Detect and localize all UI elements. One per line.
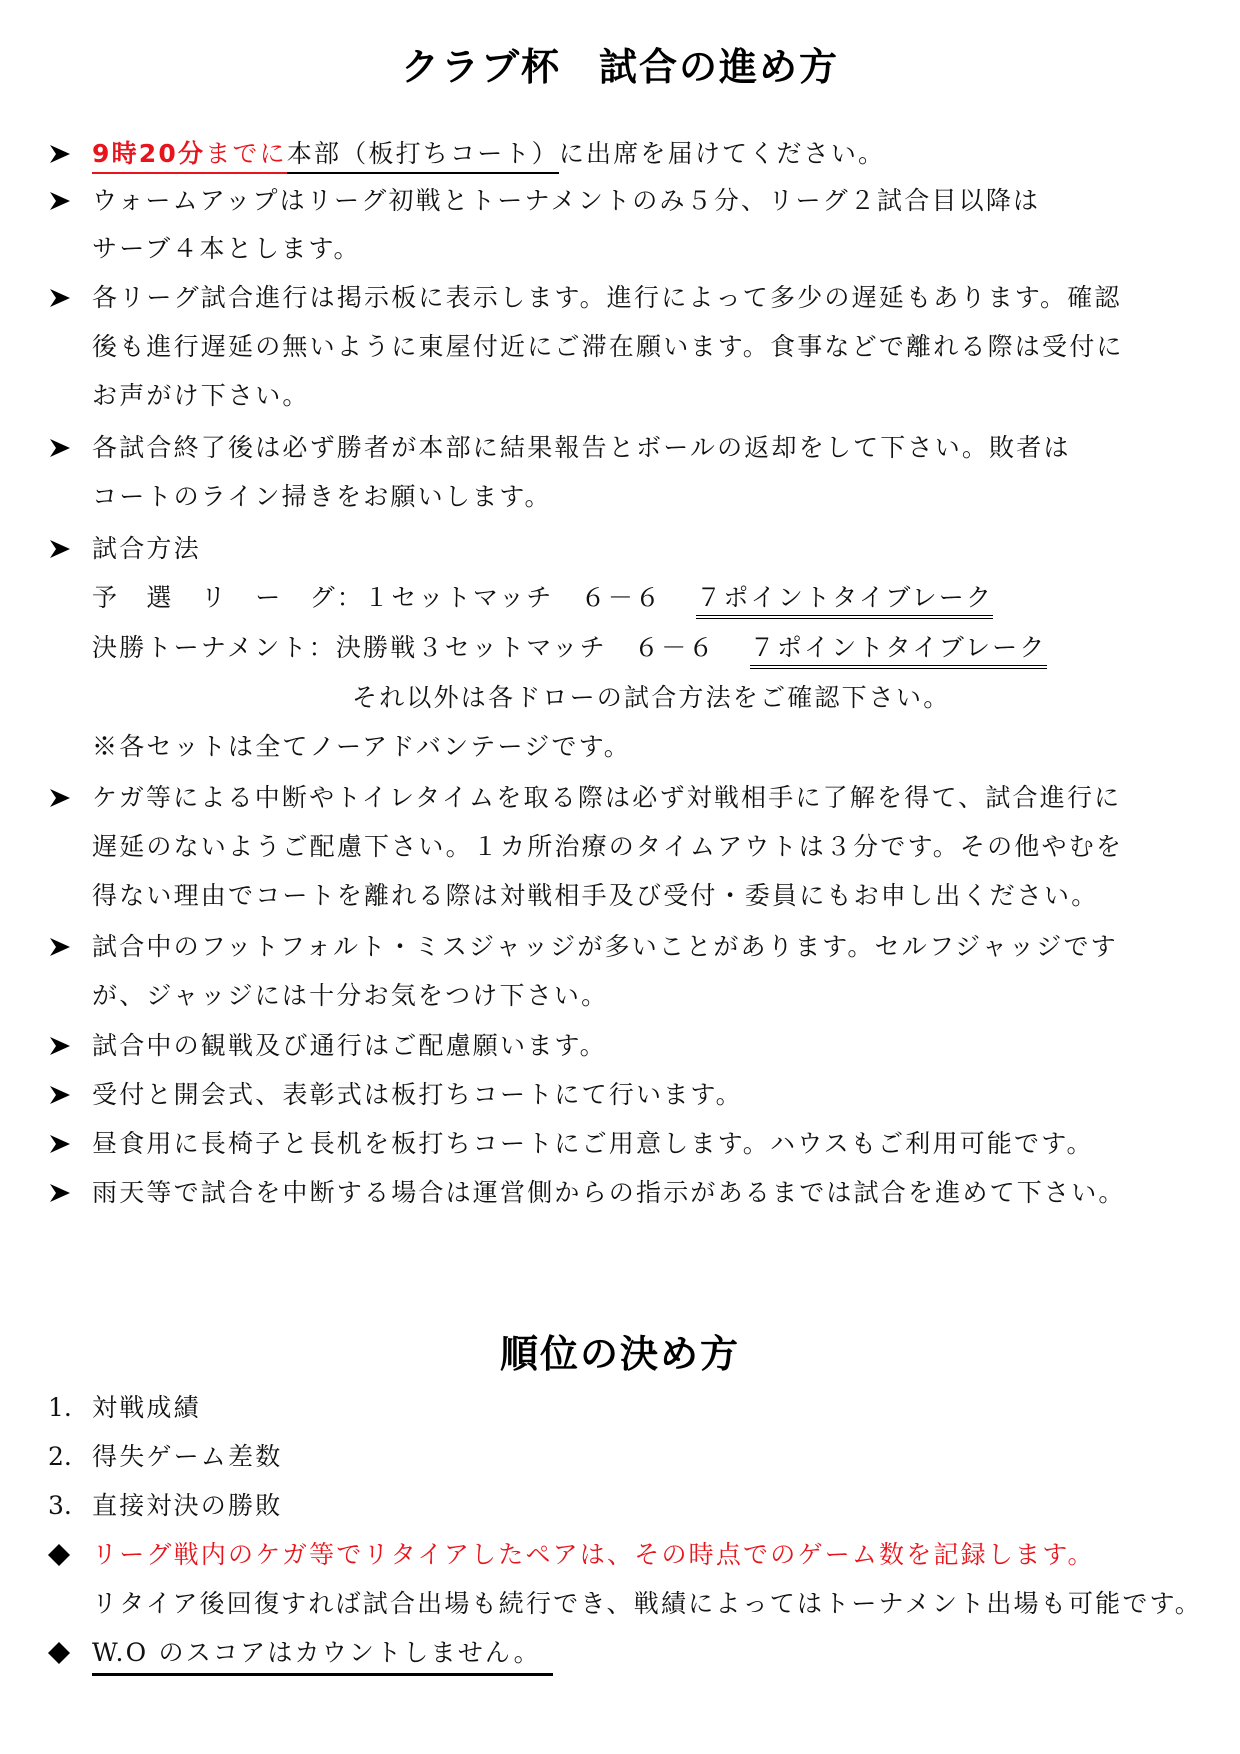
walkover-note-line: W.O のスコアはカウントしません。 (92, 1640, 553, 1665)
bullet-2-line-1: ウォームアップはリーグ初戦とトーナメントのみ５分、リーグ２試合目以降は (92, 188, 1040, 213)
arrowhead-bullet-icon (50, 938, 70, 956)
walkover-note-text: W.O のスコアはカウントしません。 (92, 1638, 553, 1676)
bullet-11-line: 雨天等で試合を中断する場合は運営側からの指示があるまでは試合を進めて下さい。 (92, 1180, 1126, 1205)
bullet-3-line-3: お声がけ下さい。 (92, 383, 310, 408)
tournament-label: 決勝トーナメント： (92, 633, 336, 662)
bullet-10-line: 昼食用に長椅子と長机を板打ちコートにご用意します。ハウスもご利用可能です。 (92, 1131, 1094, 1156)
page-title: クラブ杯試合の進め方 (0, 48, 1240, 86)
bullet-6-line-2: 遅延のないようご配慮下さい。１カ所治療のタイムアウトは３分です。その他やむを (92, 834, 1123, 859)
retire-note-line-1: リーグ戦内のケガ等でリタイアしたペアは、その時点でのゲーム数を記録します。 (92, 1542, 1095, 1567)
diamond-bullet-icon (48, 1642, 70, 1664)
tournament-format-line: 決勝トーナメント：決勝戦３セットマッチ ６－６７ポイントタイブレーク (92, 635, 1047, 660)
deadline-suffix: までに (205, 139, 287, 174)
ranking-item-3: 直接対決の勝敗 (92, 1493, 282, 1518)
bullet-6-line-3: 得ない理由でコートを離れる際は対戦相手及び受付・委員にもお申し出ください。 (92, 883, 1098, 908)
ranking-item-3-number: 3. (48, 1493, 72, 1518)
title-part-1: クラブ杯 (401, 45, 561, 89)
arrowhead-bullet-icon (50, 439, 70, 457)
arrowhead-bullet-icon (50, 145, 70, 163)
bullet-1-text: に出席を届けてください。 (559, 139, 885, 168)
bullet-7-line-1: 試合中のフットフォルト・ミスジャッジが多いことがあります。セルフジャッジです (92, 934, 1118, 959)
tournament-format: 決勝戦３セットマッチ ６－６ (336, 633, 716, 662)
league-tiebreak: ７ポイントタイブレーク (696, 583, 993, 619)
bullet-7-line-2: が、ジャッジには十分お気をつけ下さい。 (92, 983, 608, 1008)
arrowhead-bullet-icon (50, 1184, 70, 1202)
retire-note-line-2: リタイア後回復すれば試合出場も続行でき、戦績によってはトーナメント出場も可能です… (92, 1591, 1202, 1616)
bullet-3-line-2: 後も進行遅延の無いように東屋付近にご滞在願います。食事などで離れる際は受付に (92, 334, 1124, 359)
arrowhead-bullet-icon (50, 1086, 70, 1104)
ranking-item-2: 得失ゲーム差数 (92, 1444, 282, 1469)
ranking-item-2-number: 2. (48, 1444, 72, 1469)
title-part-2: 試合の進め方 (599, 45, 839, 89)
bullet-3-line-1: 各リーグ試合進行は掲示板に表示します。進行によって多少の遅延もあります。確認 (92, 285, 1122, 310)
bullet-4-line-1: 各試合終了後は必ず勝者が本部に結果報告とボールの返却をして下さい。敗者は (92, 435, 1071, 460)
other-match-note: それ以外は各ドローの試合方法をご確認下さい。 (352, 685, 950, 710)
bullet-2-line-2: サーブ４本とします。 (92, 236, 361, 261)
no-ad-note: ※各セットは全てノーアドバンテージです。 (92, 734, 631, 759)
bullet-4-line-2: コートのライン掃きをお願いします。 (92, 484, 552, 509)
bullet-1-line: 9時20分までに本部（板打ちコート）に出席を届けてください。 (92, 141, 885, 166)
arrowhead-bullet-icon (50, 540, 70, 558)
deadline-time: 9時20分 (92, 139, 205, 174)
ranking-item-1-number: 1. (48, 1395, 72, 1420)
diamond-bullet-icon (48, 1544, 70, 1566)
arrowhead-bullet-icon (50, 192, 70, 210)
arrowhead-bullet-icon (50, 1135, 70, 1153)
match-format-heading: 試合方法 (92, 536, 201, 561)
ranking-item-1: 対戦成績 (92, 1395, 201, 1420)
league-format-line: 予 選 リ ー グ：１セットマッチ ６－６７ポイントタイブレーク (92, 585, 993, 610)
arrowhead-bullet-icon (50, 1037, 70, 1055)
tournament-tiebreak: ７ポイントタイブレーク (750, 633, 1047, 669)
arrowhead-bullet-icon (50, 289, 70, 307)
league-label: 予 選 リ ー グ： (92, 583, 364, 612)
bullet-8-line: 試合中の観戦及び通行はご配慮願います。 (92, 1033, 607, 1058)
document-page: クラブ杯試合の進め方 9時20分までに本部（板打ちコート）に出席を届けてください… (0, 0, 1240, 1754)
headquarters-location: 本部（板打ちコート） (287, 139, 559, 174)
ranking-section-title: 順位の決め方 (0, 1335, 1240, 1373)
bullet-9-line: 受付と開会式、表彰式は板打ちコートにて行います。 (92, 1082, 743, 1107)
arrowhead-bullet-icon (50, 789, 70, 807)
bullet-6-line-1: ケガ等による中断やトイレタイムを取る際は必ず対戦相手に了解を得て、試合進行に (92, 785, 1121, 810)
league-format: １セットマッチ ６－６ (364, 583, 662, 612)
